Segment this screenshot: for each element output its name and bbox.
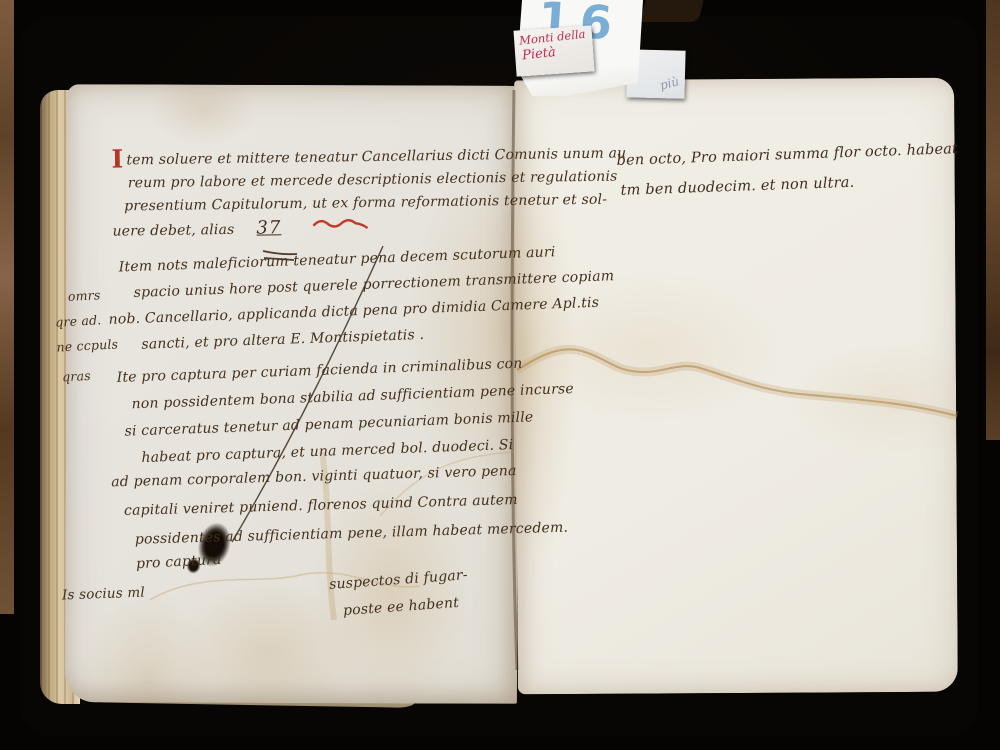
- paragraph-1: Item soluere et mittere teneatur Cancell…: [111, 142, 627, 243]
- side-note: suspectos di fugar- poste ee habent: [328, 562, 470, 626]
- pencil-note: più: [658, 74, 680, 92]
- line-text: uere debet, alias: [112, 222, 234, 240]
- paragraph-2: Item nots maleficiorum teneatur pena dec…: [106, 237, 616, 359]
- paragraph-4: ad penam corporalem bon. viginti quatuor…: [111, 456, 569, 556]
- margin-note: ne ccpuls: [56, 331, 119, 359]
- red-flourish: [311, 216, 369, 231]
- caption-socius: Is socius ml: [62, 582, 146, 608]
- right-page-paragraph: ben octo, Pro maiori summa flor octo. ha…: [616, 134, 960, 206]
- red-initial-letter: I: [111, 144, 123, 173]
- line-text: tem soluere et mittere teneatur Cancella…: [126, 145, 626, 168]
- margin-note: omrs: [67, 281, 116, 308]
- margin-note: qre ad.: [55, 306, 118, 334]
- paragraph-3: Ite pro captura per curiam facienda in c…: [108, 349, 576, 473]
- cover-corner: [640, 0, 703, 22]
- caption-pro-captura: pro captura: [135, 549, 222, 576]
- wood-table-right: [986, 0, 1000, 440]
- manuscript-photo: Item soluere et mittere teneatur Cancell…: [0, 0, 1000, 750]
- paragraph-end-mark: 37: [256, 217, 281, 238]
- archive-tag: Monti della Pietà: [513, 25, 594, 76]
- wood-table-left: [0, 0, 14, 614]
